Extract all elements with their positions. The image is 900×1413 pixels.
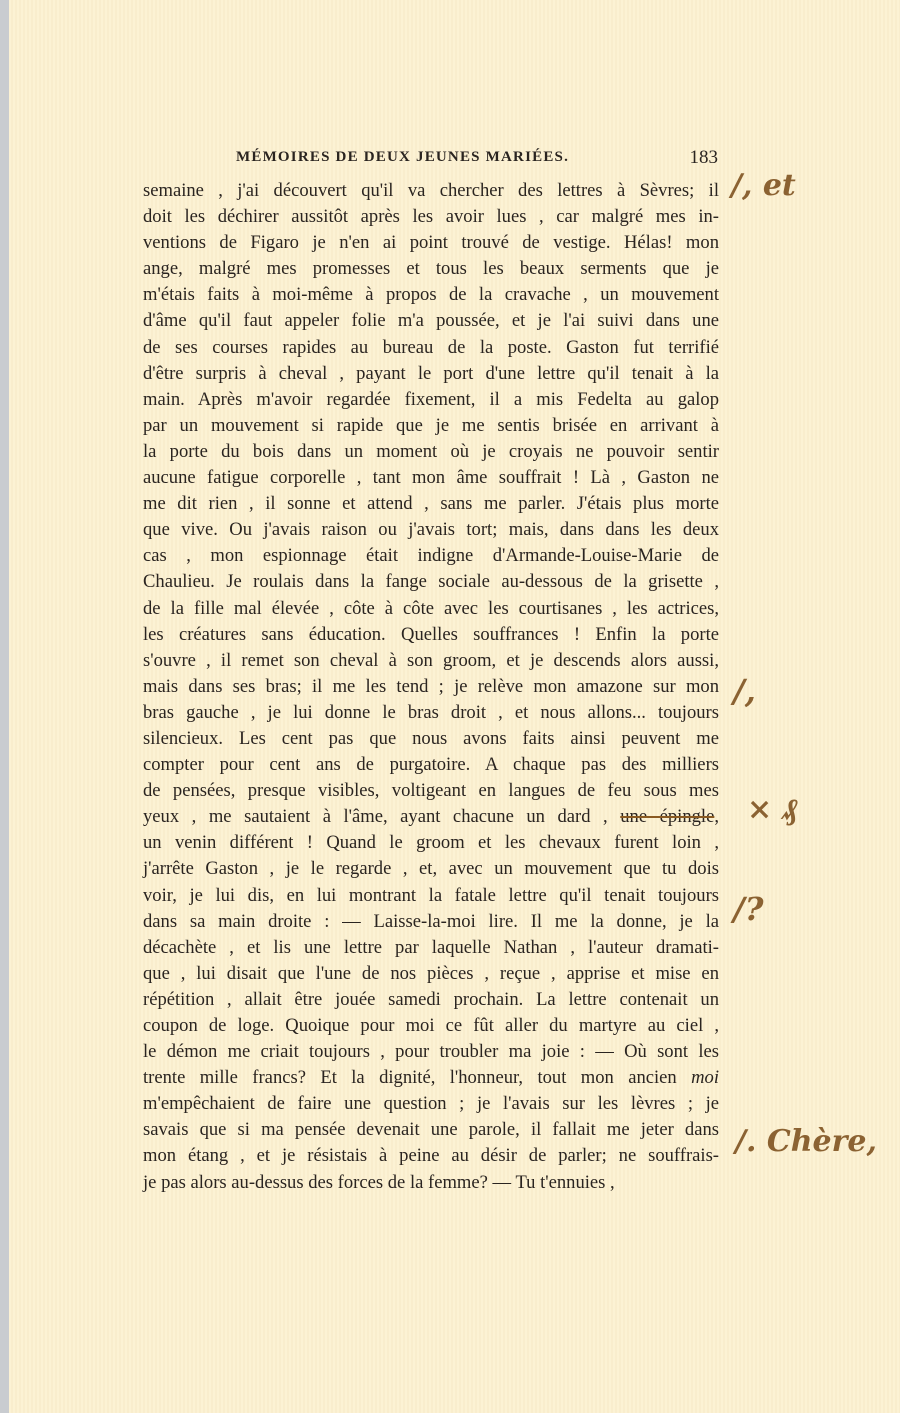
text-line: m'empêchaient de faire une question ; je… [143,1091,719,1117]
text-line: décachète , et lis une lettre par laquel… [143,935,719,961]
text-line: bras gauche , je lui donne le bras droit… [143,700,719,726]
text-line: de la fille mal élevée , côte à côte ave… [143,596,719,622]
margin-correction-annotation: /? [733,890,763,928]
text-line: de pensées, presque visibles, voltigeant… [143,778,719,804]
page-number: 183 [690,147,719,169]
text-line: me dit rien , il sonne et attend , sans … [143,491,719,517]
italic-word: moi [691,1067,719,1088]
text-line: cas , mon espionnage était indigne d'Arm… [143,543,719,569]
text-line: répétition , allait être jouée samedi pr… [143,987,719,1013]
text-line: par un mouvement si rapide que je me sen… [143,413,719,439]
running-title: MÉMOIRES DE DEUX JEUNES MARIÉES. [236,149,569,166]
text-line: dans sa main droite : — Laisse-la-moi li… [143,909,719,935]
text-line: d'âme qu'il faut appeler folie m'a pouss… [143,308,719,334]
text-line: je pas alors au-dessus des forces de la … [143,1170,719,1196]
text-line: ventions de Figaro je n'en ai point trou… [143,230,719,256]
text-line: d'être surpris à cheval , payant le port… [143,361,719,387]
text-line: la porte du bois dans un moment où je cr… [143,439,719,465]
text-line: s'ouvre , il remet son cheval à son groo… [143,648,719,674]
text-line: voir, je lui dis, en lui montrant la fat… [143,883,719,909]
margin-correction-annotation: /. Chère, [735,1124,877,1159]
text-line-with-strikethrough: yeux , me sautaient à l'âme, ayant chacu… [143,804,719,830]
text-line: que , lui disait que l'une de nos pièces… [143,961,719,987]
text-line: compter pour cent ans de purgatoire. A c… [143,752,719,778]
book-page: MÉMOIRES DE DEUX JEUNES MARIÉES. 183 sem… [9,0,900,1413]
text-line: trente mille francs? Et la dignité, l'ho… [143,1065,719,1091]
page-header: MÉMOIRES DE DEUX JEUNES MARIÉES. 183 [143,147,718,169]
margin-correction-annotation: × ₰ [747,792,798,827]
margin-correction-annotation: /, [733,672,756,710]
text-line: j'arrête Gaston , je le regarde , et, av… [143,856,719,882]
margin-correction-annotation: /, et [731,168,796,203]
text-line: les créatures sans éducation. Quelles so… [143,622,719,648]
text-line: aucune fatigue corporelle , tant mon âme… [143,465,719,491]
text-line: mon étang , et je résistais à peine au d… [143,1143,719,1169]
body-text: semaine , j'ai découvert qu'il va cherch… [143,178,719,1196]
text-line: doit les déchirer aussitôt après les avo… [143,204,719,230]
struck-text: une épingle [620,806,714,827]
text-line: coupon de loge. Quoique pour moi ce fût … [143,1013,719,1039]
text-line: main. Après m'avoir regardée fixement, i… [143,387,719,413]
text-line: ange, malgré mes promesses et tous les b… [143,256,719,282]
text-line: savais que si ma pensée devenait une par… [143,1117,719,1143]
text-line: que vive. Ou j'avais raison ou j'avais t… [143,517,719,543]
text-line: silencieux. Les cent pas que nous avons … [143,726,719,752]
text-line: semaine , j'ai découvert qu'il va cherch… [143,178,719,204]
text-line: Chaulieu. Je roulais dans la fange socia… [143,569,719,595]
text-line: le démon me criait toujours , pour troub… [143,1039,719,1065]
text-line: mais dans ses bras; il me les tend ; je … [143,674,719,700]
text-line: de ses courses rapides au bureau de la p… [143,335,719,361]
text-line: m'étais faits à moi-même à propos de la … [143,282,719,308]
text-line: un venin différent ! Quand le groom et l… [143,830,719,856]
